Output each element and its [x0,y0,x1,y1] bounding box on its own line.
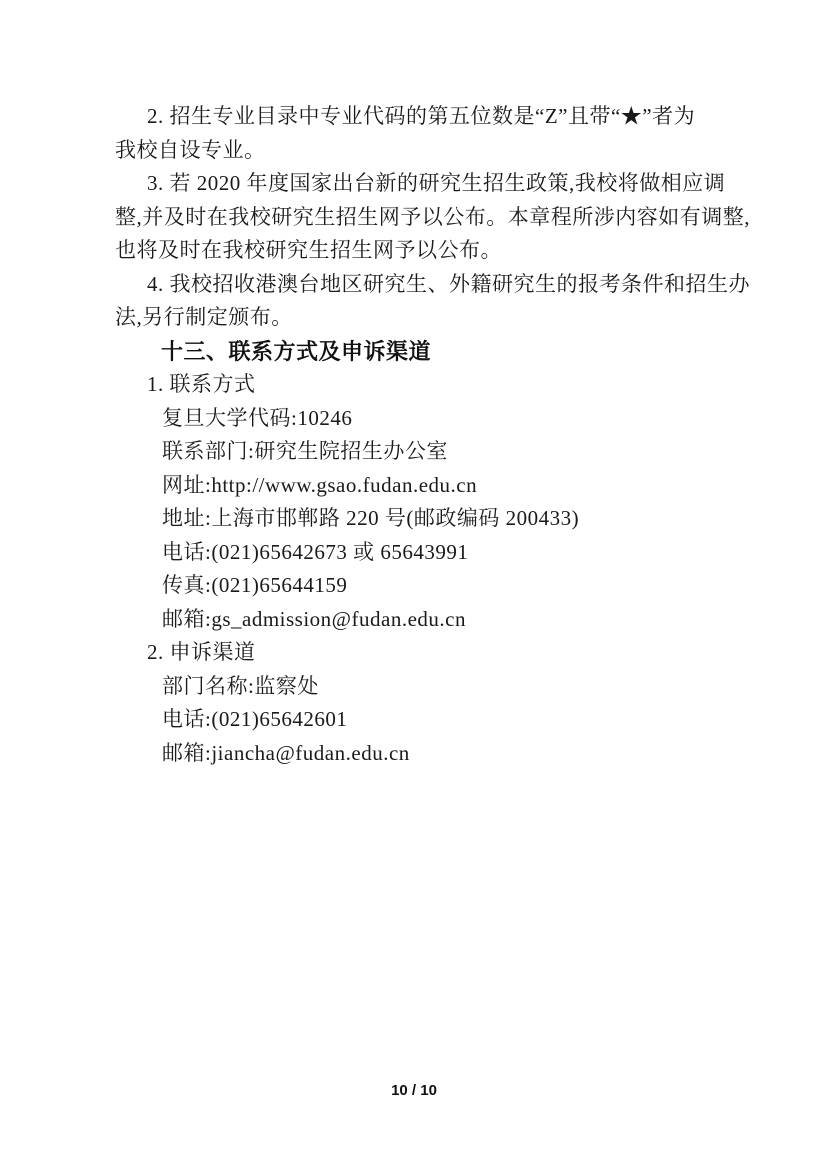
document-page: 2. 招生专业目录中专业代码的第五位数是“Z”且带“★”者为 我校自设专业。 3… [0,0,828,1170]
paragraph-line: 法,另行制定颁布。 [115,301,711,335]
document-body: 2. 招生专业目录中专业代码的第五位数是“Z”且带“★”者为 我校自设专业。 3… [115,100,711,770]
section-heading: 十三、联系方式及申诉渠道 [115,335,711,369]
contact-line-email: 邮箱:gs_admission@fudan.edu.cn [115,603,711,637]
contact-line-website: 网址:http://www.gsao.fudan.edu.cn [115,469,711,503]
paragraph-line: 4. 我校招收港澳台地区研究生、外籍研究生的报考条件和招生办 [115,268,711,302]
contact-line-dept: 联系部门:研究生院招生办公室 [115,435,711,469]
appeal-line-email: 邮箱:jiancha@fudan.edu.cn [115,737,711,771]
appeal-line-dept: 部门名称:监察处 [115,670,711,704]
paragraph-line: 3. 若 2020 年度国家出台新的研究生招生政策,我校将做相应调 [115,167,711,201]
paragraph-line: 2. 招生专业目录中专业代码的第五位数是“Z”且带“★”者为 [115,100,711,134]
appeal-line-phone: 电话:(021)65642601 [115,703,711,737]
list-item-heading: 2. 申诉渠道 [115,636,711,670]
page-number: 10 / 10 [0,1082,828,1099]
paragraph-line: 也将及时在我校研究生招生网予以公布。 [115,234,711,268]
contact-line-address: 地址:上海市邯郸路 220 号(邮政编码 200433) [115,502,711,536]
contact-line-phone: 电话:(021)65642673 或 65643991 [115,536,711,570]
contact-line-code: 复旦大学代码:10246 [115,402,711,436]
list-item-heading: 1. 联系方式 [115,368,711,402]
paragraph-line: 我校自设专业。 [115,134,711,168]
contact-line-fax: 传真:(021)65644159 [115,569,711,603]
paragraph-line: 整,并及时在我校研究生招生网予以公布。本章程所涉内容如有调整, [115,201,711,235]
